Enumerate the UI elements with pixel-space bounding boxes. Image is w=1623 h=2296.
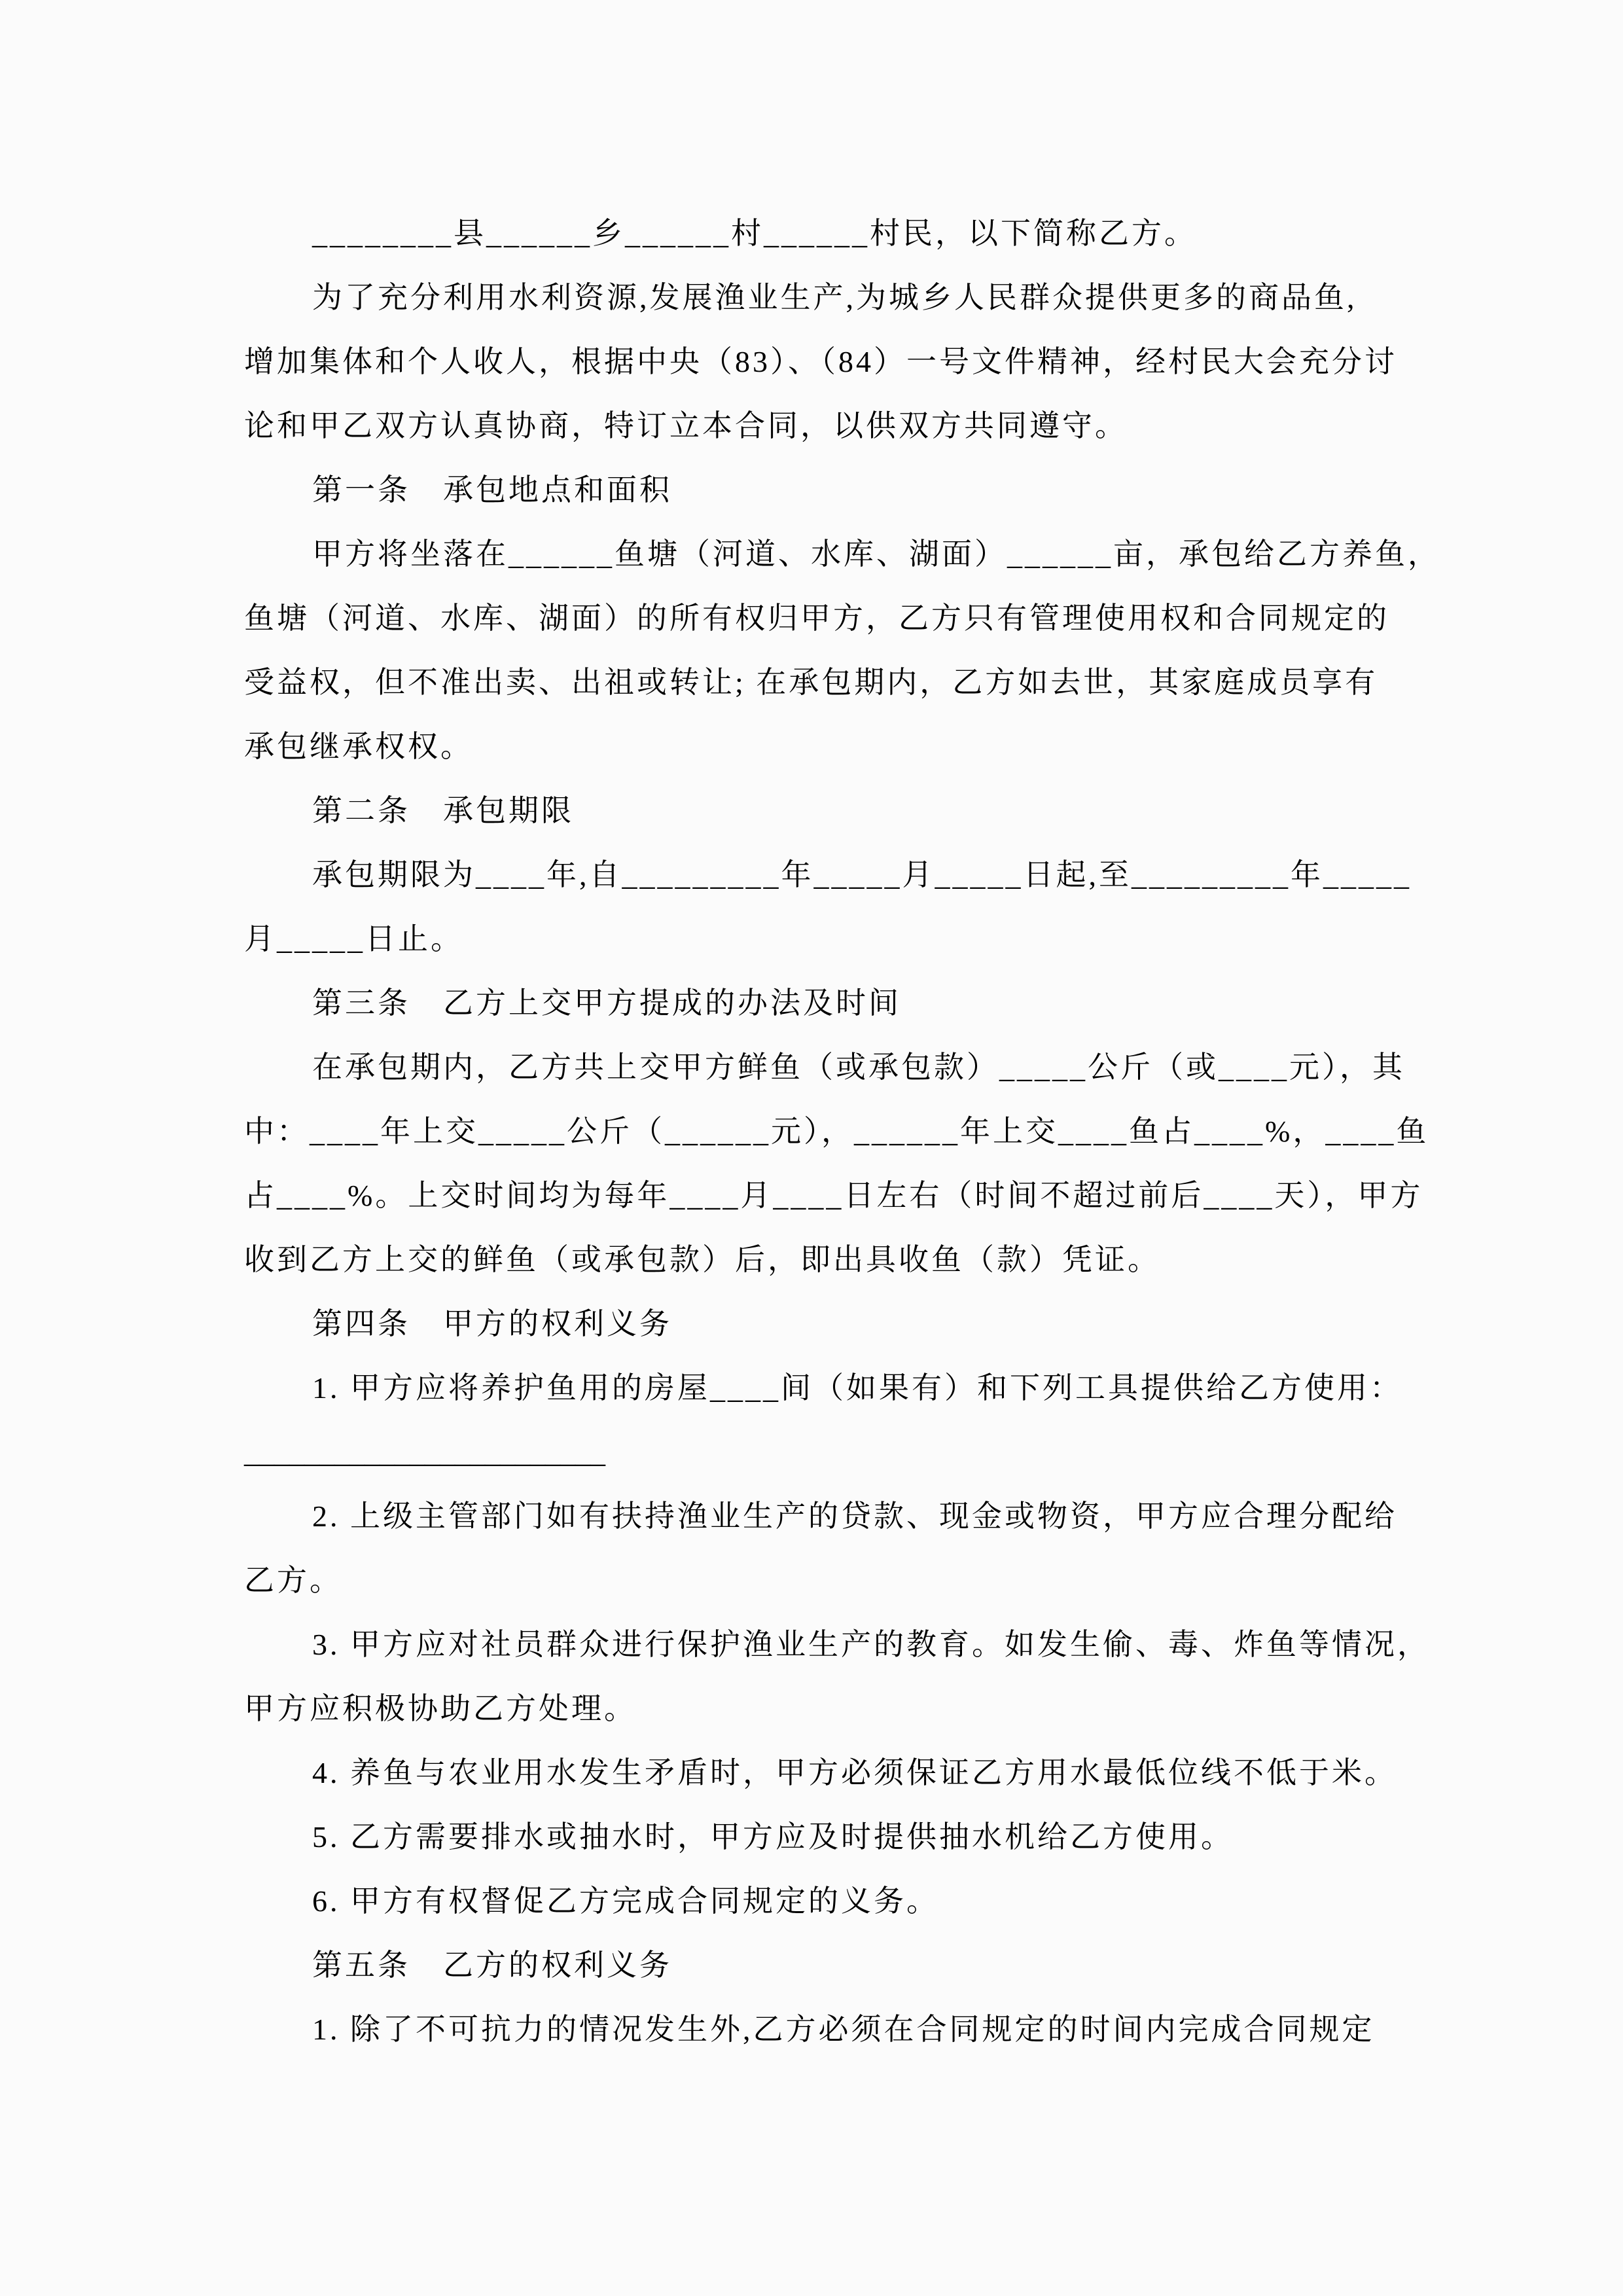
document-text-line: 第一条 承包地点和面积 [244, 458, 1427, 522]
document-text-line: 5. 乙方需要排水或抽水时，甲方应及时提供抽水机给乙方使用。 [244, 1805, 1427, 1869]
document-text-line: 在承包期内，乙方共上交甲方鲜鱼（或承包款）_____公斤（或____元），其 [244, 1035, 1427, 1100]
document-text-line: 为了充分利用水利资源,发展渔业生产,为城乡人民群众提供更多的商品鱼, [244, 266, 1427, 330]
document-text-line: 承包继承权权。 [244, 715, 1427, 779]
contract-document-page: ________县______乡______村______村民，以下简称乙方。为… [0, 0, 1623, 2296]
document-text-line: 第五条 乙方的权利义务 [244, 1933, 1427, 1998]
document-text-line: 受益权，但不准出卖、出祖或转让; 在承包期内，乙方如去世，其家庭成员享有 [244, 651, 1427, 715]
document-text-line: 6. 甲方有权督促乙方完成合同规定的义务。 [244, 1869, 1427, 1933]
document-text-line: 鱼塘（河道、水库、湖面）的所有权归甲方，乙方只有管理使用权和合同规定的 [244, 586, 1427, 651]
document-text-line: ________县______乡______村______村民，以下简称乙方。 [244, 202, 1427, 266]
document-text-line: 月_____日止。 [244, 907, 1427, 971]
document-text-line: 论和甲乙双方认真协商，特订立本合同，以供双方共同遵守。 [244, 394, 1427, 458]
document-text-line: 2. 上级主管部门如有扶持渔业生产的贷款、现金或物资，甲方应合理分配给 [244, 1484, 1427, 1549]
document-text-line: 第三条 乙方上交甲方提成的办法及时间 [244, 971, 1427, 1035]
document-text-line: 甲方应积极协助乙方处理。 [244, 1677, 1427, 1741]
document-text-line: 增加集体和个人收人，根据中央（83）、（84）一号文件精神，经村民大会充分讨 [244, 330, 1427, 394]
document-text-line: 乙方。 [244, 1549, 1427, 1613]
document-text-line: 承包期限为____年,自_________年_____月_____日起,至___… [244, 843, 1427, 907]
document-text-line: 3. 甲方应对社员群众进行保护渔业生产的教育。如发生偷、毒、炸鱼等情况， [244, 1613, 1427, 1677]
document-text-line: 4. 养鱼与农业用水发生矛盾时，甲方必须保证乙方用水最低位线不低于米。 [244, 1741, 1427, 1805]
document-text-line: 1. 除了不可抗力的情况发生外,乙方必须在合同规定的时间内完成合同规定 [244, 1998, 1427, 2062]
document-text-line: 第二条 承包期限 [244, 779, 1427, 843]
document-text-line: 1. 甲方应将养护鱼用的房屋____间（如果有）和下列工具提供给乙方使用： [244, 1356, 1427, 1420]
document-text-line: 中：____年上交_____公斤（______元），______年上交____鱼… [244, 1100, 1427, 1164]
document-text-line: 第四条 甲方的权利义务 [244, 1292, 1427, 1356]
document-text-line: 甲方将坐落在______鱼塘（河道、水库、湖面）______亩，承包给乙方养鱼， [244, 522, 1427, 586]
document-text-line: 占____%。上交时间均为每年____月____日左右（时间不超过前后____天… [244, 1164, 1427, 1228]
document-text-line: 收到乙方上交的鲜鱼（或承包款）后，即出具收鱼（款）凭证。 [244, 1228, 1427, 1292]
fill-in-blank-underline: ________________________ [244, 1420, 1427, 1484]
